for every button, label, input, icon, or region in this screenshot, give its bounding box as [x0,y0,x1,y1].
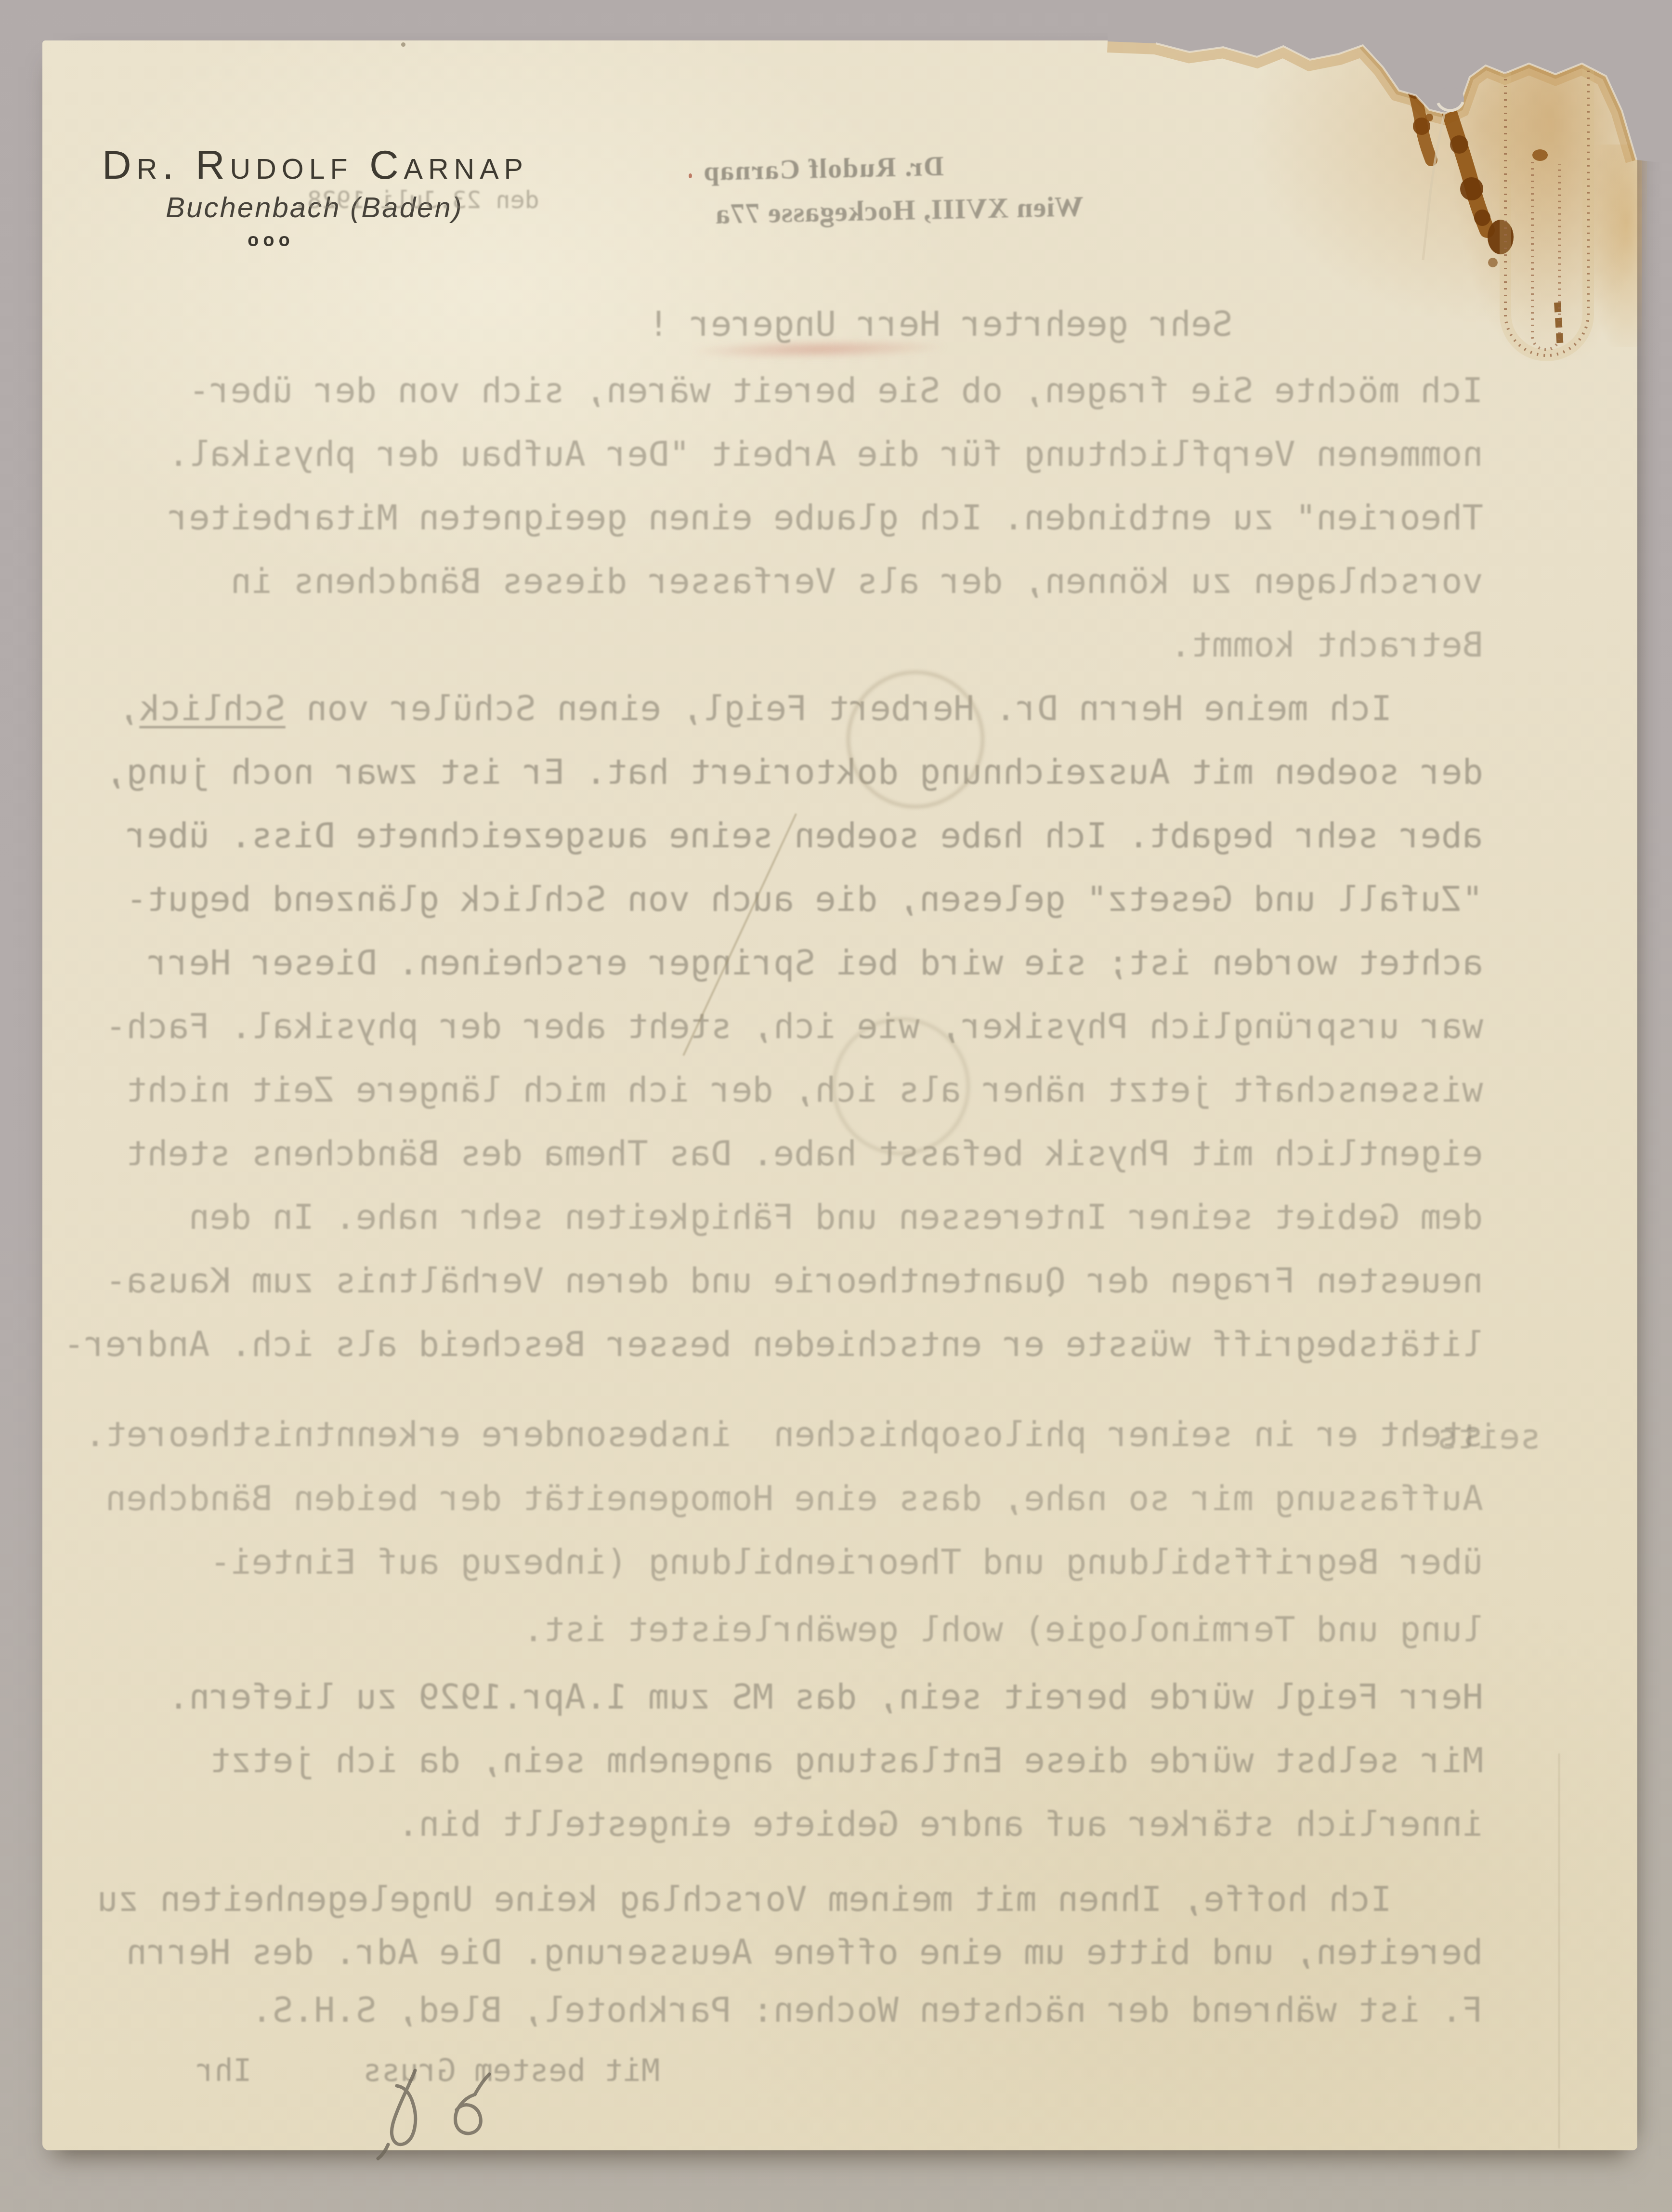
faint-stamp-ring [832,1017,970,1155]
rust-dash [1557,303,1560,348]
rust-crumb [1425,114,1433,121]
faint-stamp-ring [847,671,984,808]
bleedthrough-typed-line: steht er in seiner philosophischen insbe… [85,1414,1483,1454]
bleedthrough-typed-line: Theorien" zu entbinden. Ich glaube einen… [168,497,1483,538]
bleedthrough-typed-line: bereiten, und bitte um eine offene Aeuss… [126,1932,1483,1972]
bleedthrough-typed-line: litätsbegriff wüsste er entschieden bess… [64,1324,1483,1364]
bleedthrough-typed-line: neuesten Fragen der Quantentheorie und d… [105,1260,1483,1301]
bleedthrough-typed-line: wissenschaft jetzt näher als ich, der ic… [126,1069,1483,1110]
bleedthrough-typed-line: innerlich stärker auf andre Gebiete eing… [398,1804,1483,1844]
bleedthrough-underlined-word: Schlick [139,688,285,728]
bleedthrough-typed-line: lung und Terminologie) wohl gewährleiste… [523,1609,1483,1649]
paper-speck [689,173,692,178]
bleedthrough-typed-line: war ursprünglich Physiker, wie ich, steh… [105,1006,1483,1046]
bleedthrough-typed-line: Ich hoffe, Ihnen mit meinem Vorschlag ke… [97,1879,1392,1919]
bleedthrough-typed-line: nommenen Verpflichtung für die Arbeit "D… [168,434,1483,474]
paperclip-halo [1505,52,1588,355]
bleedthrough-typed-line: Betracht kommt. [1170,624,1483,665]
scanned-letter-image: Dr. Rudolf Carnap Buchenbach (Baden) ooo… [0,0,1672,2212]
pencil-stroke [392,2070,415,2145]
bleedthrough-typed-line: über Begriffsbildung und Theorienbildung… [210,1541,1483,1582]
pencil-stroke [455,2094,481,2133]
bleedthrough-typed-line: der soeben mit Auszeichnung doktoriert h… [105,751,1483,792]
bleedthrough-typed-line: Mir selbst würde diese Entlastung angene… [210,1740,1483,1780]
bleedthrough-typed-line: Auffassung mir so nahe, dass eine Homoge… [105,1478,1483,1518]
rust-blob [1460,177,1483,200]
bleedthrough-typed-line: Herr Feigl würde bereit sein, das MS zum… [168,1676,1483,1717]
bleedthrough-typed-line: Ich meine Herrn Dr. Herbert Feigl, einen… [118,688,1392,728]
pencil-stroke [475,2074,489,2094]
bleedthrough-typed-line: vorschlagen zu können, der als Verfasser… [231,561,1483,601]
bleedthrough-margin-word: seits [1437,1416,1541,1457]
bleedthrough-typed-line: achtet worden ist; sie wird bei Springer… [147,942,1483,983]
pencil-annotation [356,2057,520,2168]
pencil-stroke [378,2145,388,2159]
bleedthrough-typed-line: F. ist während der nächsten Wochen: Park… [251,1989,1483,2030]
paper-crease [1558,1753,1560,2148]
rust-blob [1450,135,1468,154]
torn-corner-and-stains [1084,0,1672,434]
bleedthrough-typed-line: eigentlich mit Physik befasst habe. Das … [126,1133,1483,1173]
bleedthrough-typed-line: dem Gebiet seiner Interessen und Fähigke… [189,1197,1483,1237]
rust-spot [1532,149,1548,161]
paperclip-imprint-outer [1505,52,1588,355]
paper-speck [401,42,405,47]
rust-spot [1488,258,1498,267]
rust-blob [1474,210,1490,226]
bleedthrough-typed-line: "Zufall und Gesetz" gelesen, die auch vo… [126,879,1483,919]
bleedthrough-typed-line: aber sehr begabt. Ich habe soeben seine … [126,815,1483,856]
